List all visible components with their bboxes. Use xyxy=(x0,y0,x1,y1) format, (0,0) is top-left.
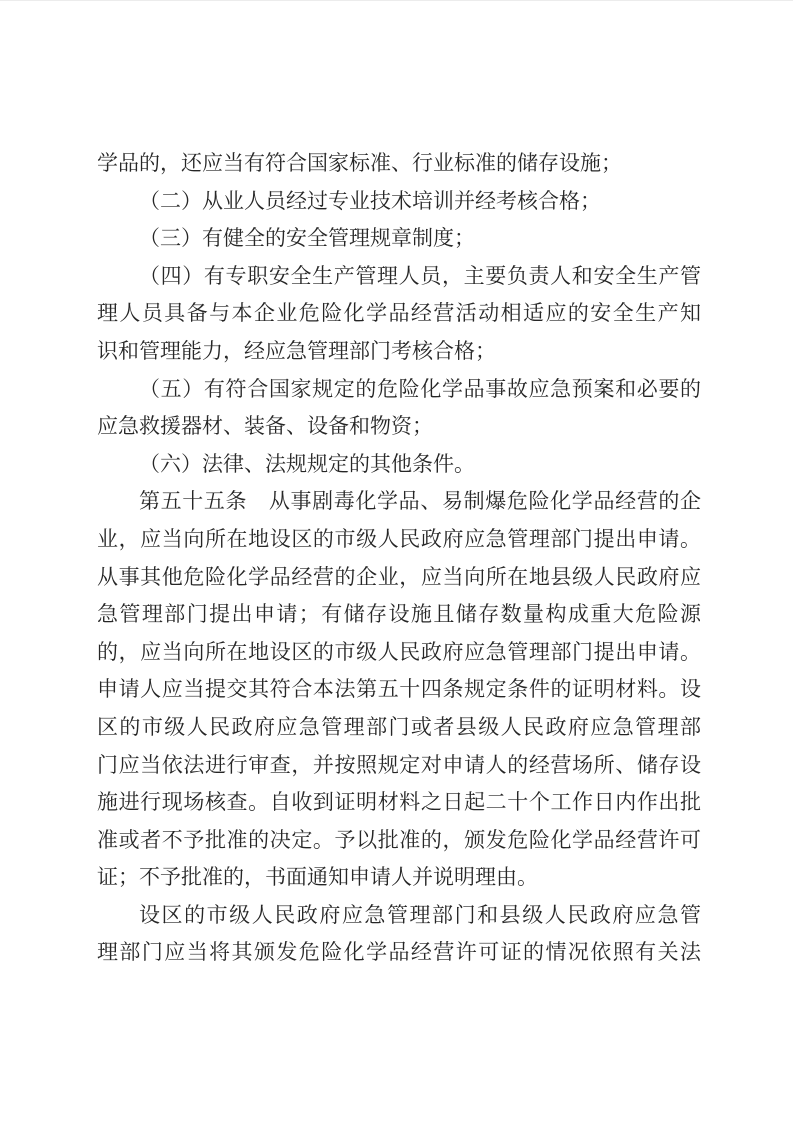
text-line: 业，应当向所在地设区的市级人民政府应急管理部门提出申请。 xyxy=(97,521,701,559)
document-page: 学品的，还应当有符合国家标准、行业标准的储存设施；（二）从业人员经过专业技术培训… xyxy=(0,0,793,1122)
text-line: 急管理部门提出申请；有储存设施且储存数量构成重大危险源 xyxy=(97,596,701,634)
text-line: 准或者不予批准的决定。予以批准的，颁发危险化学品经营许可 xyxy=(97,822,701,860)
text-line: 的，应当向所在地设区的市级人民政府应急管理部门提出申请。 xyxy=(97,634,701,672)
text-line: （三）有健全的安全管理规章制度； xyxy=(97,220,701,258)
text-line: （四）有专职安全生产管理人员，主要负责人和安全生产管 xyxy=(97,258,701,296)
text-line: 从事其他危险化学品经营的企业，应当向所在地县级人民政府应 xyxy=(97,559,701,597)
text-line: 设区的市级人民政府应急管理部门和县级人民政府应急管 xyxy=(97,897,701,935)
text-line: 学品的，还应当有符合国家标准、行业标准的储存设施； xyxy=(97,145,701,183)
text-line: 施进行现场核查。自收到证明材料之日起二十个工作日内作出批 xyxy=(97,784,701,822)
text-line: 识和管理能力，经应急管理部门考核合格； xyxy=(97,333,701,371)
text-line: 应急救援器材、装备、设备和物资； xyxy=(97,408,701,446)
text-line: 证；不予批准的，书面通知申请人并说明理由。 xyxy=(97,859,701,897)
text-line: 区的市级人民政府应急管理部门或者县级人民政府应急管理部 xyxy=(97,709,701,747)
text-line: （五）有符合国家规定的危险化学品事故应急预案和必要的 xyxy=(97,371,701,409)
text-line: 理部门应当将其颁发危险化学品经营许可证的情况依照有关法 xyxy=(97,934,701,972)
text-line: 申请人应当提交其符合本法第五十四条规定条件的证明材料。设 xyxy=(97,671,701,709)
text-line: 理人员具备与本企业危险化学品经营活动相适应的安全生产知 xyxy=(97,295,701,333)
text-line: （六）法律、法规规定的其他条件。 xyxy=(97,446,701,484)
text-line: 门应当依法进行审查，并按照规定对申请人的经营场所、储存设 xyxy=(97,747,701,785)
text-line: （二）从业人员经过专业技术培训并经考核合格； xyxy=(97,183,701,221)
text-line: 第五十五条 从事剧毒化学品、易制爆危险化学品经营的企 xyxy=(97,483,701,521)
text-content: 学品的，还应当有符合国家标准、行业标准的储存设施；（二）从业人员经过专业技术培训… xyxy=(97,145,701,972)
